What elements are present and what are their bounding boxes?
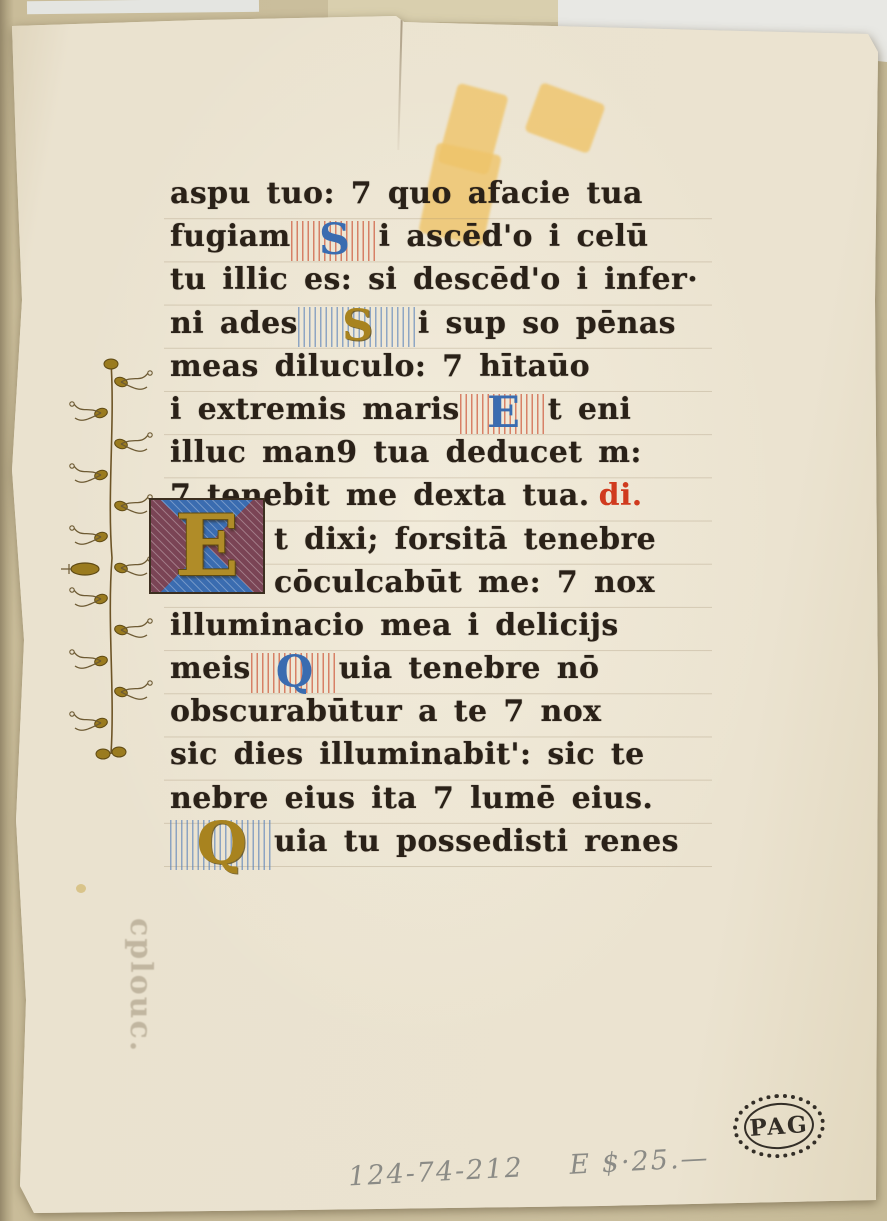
latin-text: tu illic es: si descēd'o i infer· bbox=[170, 262, 698, 297]
stain-dot bbox=[76, 884, 86, 893]
pencil-inscription: 124-74-212 E $·25.— bbox=[347, 1143, 710, 1193]
latin-text: t dixi; forsitā tenebre bbox=[274, 522, 656, 557]
decorated-initial: Q bbox=[251, 653, 339, 693]
ghost-offset-text: cplouc. bbox=[98, 918, 158, 1098]
collection-stamp: PAG bbox=[731, 1091, 827, 1161]
text-line: Quia tu possedisti renes bbox=[170, 824, 715, 867]
text-line: obscurabūtur a te 7 nox bbox=[170, 694, 715, 737]
decorated-initial: S bbox=[291, 221, 379, 261]
text-line: nebre eius ita 7 lumē eius. bbox=[170, 781, 715, 824]
text-line: sic dies illuminabit': sic te bbox=[170, 737, 715, 780]
latin-text: ni ades bbox=[170, 306, 298, 341]
tape-stain bbox=[524, 82, 606, 154]
latin-text: i ascēd'o i celū bbox=[379, 219, 649, 254]
latin-text: obscurabūtur a te 7 nox bbox=[170, 694, 601, 729]
latin-text: cōculcabūt me: 7 nox bbox=[274, 565, 655, 600]
latin-text: illuc man9 tua deducet m: bbox=[170, 435, 642, 470]
latin-text: uia tu possedisti renes bbox=[274, 824, 679, 859]
latin-text: meas diluculo: 7 hītaūo bbox=[170, 349, 590, 384]
crease-mark bbox=[397, 18, 402, 150]
latin-text: fugiam bbox=[170, 219, 291, 254]
pencil-price: E $·25.— bbox=[569, 1143, 710, 1181]
latin-text: uia tenebre nō bbox=[339, 651, 600, 686]
decorated-initial: E bbox=[460, 394, 548, 434]
latin-text: sic dies illuminabit': sic te bbox=[170, 737, 645, 772]
decorated-initial: S bbox=[298, 307, 418, 347]
latin-text: i extremis maris bbox=[170, 392, 460, 427]
text-line: fugiamSi ascēd'o i celū bbox=[170, 219, 715, 262]
latin-text: t eni bbox=[548, 392, 632, 427]
latin-text: aspu tuo: 7 quo afacie tua bbox=[170, 176, 643, 211]
drop-cap-initial: E bbox=[151, 500, 263, 592]
text-line: i extremis marisEt eni bbox=[170, 392, 715, 435]
manuscript-leaf: aspu tuo: 7 quo afacie tuafugiamSi ascēd… bbox=[0, 0, 887, 1221]
text-line: meas diluculo: 7 hītaūo bbox=[170, 349, 715, 392]
latin-text: i sup so pēnas bbox=[418, 306, 676, 341]
text-line: aspu tuo: 7 quo afacie tua bbox=[170, 176, 715, 219]
drop-cap-letter: E bbox=[175, 504, 239, 588]
text-line: meisQuia tenebre nō bbox=[170, 651, 715, 694]
text-line: illuminacio mea i delicijs bbox=[170, 608, 715, 651]
manuscript-leaf-wrap: aspu tuo: 7 quo afacie tuafugiamSi ascēd… bbox=[0, 0, 887, 1221]
text-line: illuc man9 tua deducet m: bbox=[170, 435, 715, 478]
pencil-number: 124-74-212 bbox=[347, 1152, 524, 1192]
rubric-text: di. bbox=[599, 478, 643, 513]
text-line: ni adesSi sup so pēnas bbox=[170, 306, 715, 349]
latin-text: illuminacio mea i delicijs bbox=[170, 608, 619, 643]
latin-text: meis bbox=[170, 651, 251, 686]
text-line: tu illic es: si descēd'o i infer· bbox=[170, 262, 715, 305]
decorated-initial: Q bbox=[170, 820, 274, 870]
